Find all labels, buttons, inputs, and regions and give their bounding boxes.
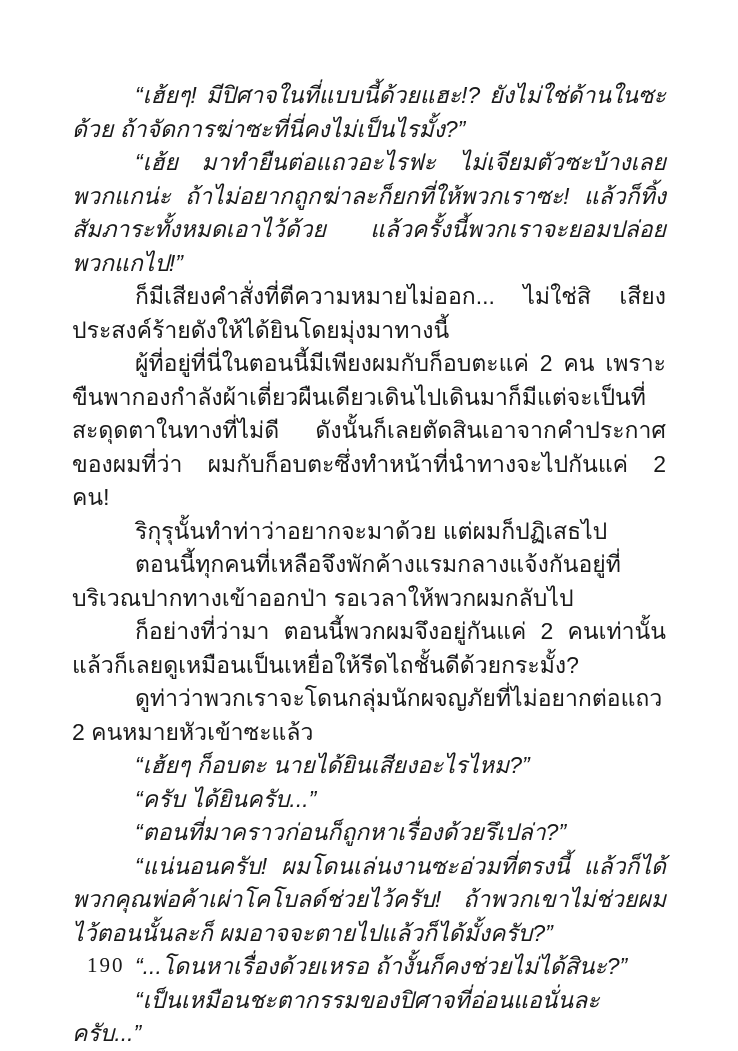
- paragraph-dialogue-8: “เป็นเหมือนชะตากรรมของปิศาจที่อ่อนแอนั่น…: [72, 984, 666, 1051]
- paragraph-dialogue-4: “ครับ ได้ยินครับ...”: [72, 783, 666, 817]
- text-column: “เฮ้ยๆ! มีปิศาจในที่แบบนี้ด้วยแฮะ!? ยังไ…: [72, 79, 666, 1051]
- paragraph-narration-1: ก็มีเสียงคำสั่งที่ตีความหมายไม่ออก... ไม…: [72, 280, 666, 347]
- paragraph-dialogue-3: “เฮ้ยๆ ก็อบตะ นายได้ยินเสียงอะไรไหม?”: [72, 749, 666, 783]
- page-number: 190: [87, 953, 125, 978]
- paragraph-dialogue-6: “แน่นอนครับ! ผมโดนเล่นงานซะอ่วมที่ตรงนี้…: [72, 850, 666, 951]
- paragraph-narration-3: ริกุรุนั้นทำท่าว่าอยากจะมาด้วย แต่ผมก็ปฏ…: [72, 515, 666, 549]
- book-page: “เฮ้ยๆ! มีปิศาจในที่แบบนี้ด้วยแฮะ!? ยังไ…: [0, 0, 738, 1051]
- paragraph-dialogue-2: “เฮ้ย มาทำยืนต่อแถวอะไรฟะ ไม่เจียมตัวซะบ…: [72, 146, 666, 280]
- paragraph-narration-2: ผู้ที่อยู่ที่นี่ในตอนนี้มีเพียงผมกับก็อบ…: [72, 347, 666, 515]
- paragraph-narration-4: ตอนนี้ทุกคนที่เหลือจึงพักค้างแรมกลางแจ้ง…: [72, 548, 666, 615]
- paragraph-narration-6: ดูท่าว่าพวกเราจะโดนกลุ่มนักผจญภัยที่ไม่อ…: [72, 682, 666, 749]
- paragraph-dialogue-7: “...โดนหาเรื่องด้วยเหรอ ถ้างั้นก็คงช่วยไ…: [72, 950, 666, 984]
- paragraph-dialogue-1: “เฮ้ยๆ! มีปิศาจในที่แบบนี้ด้วยแฮะ!? ยังไ…: [72, 79, 666, 146]
- paragraph-narration-5: ก็อย่างที่ว่ามา ตอนนี้พวกผมจึงอยู่กันแค่…: [72, 615, 666, 682]
- paragraph-dialogue-5: “ตอนที่มาคราวก่อนก็ถูกหาเรื่องด้วยรึเปล่…: [72, 816, 666, 850]
